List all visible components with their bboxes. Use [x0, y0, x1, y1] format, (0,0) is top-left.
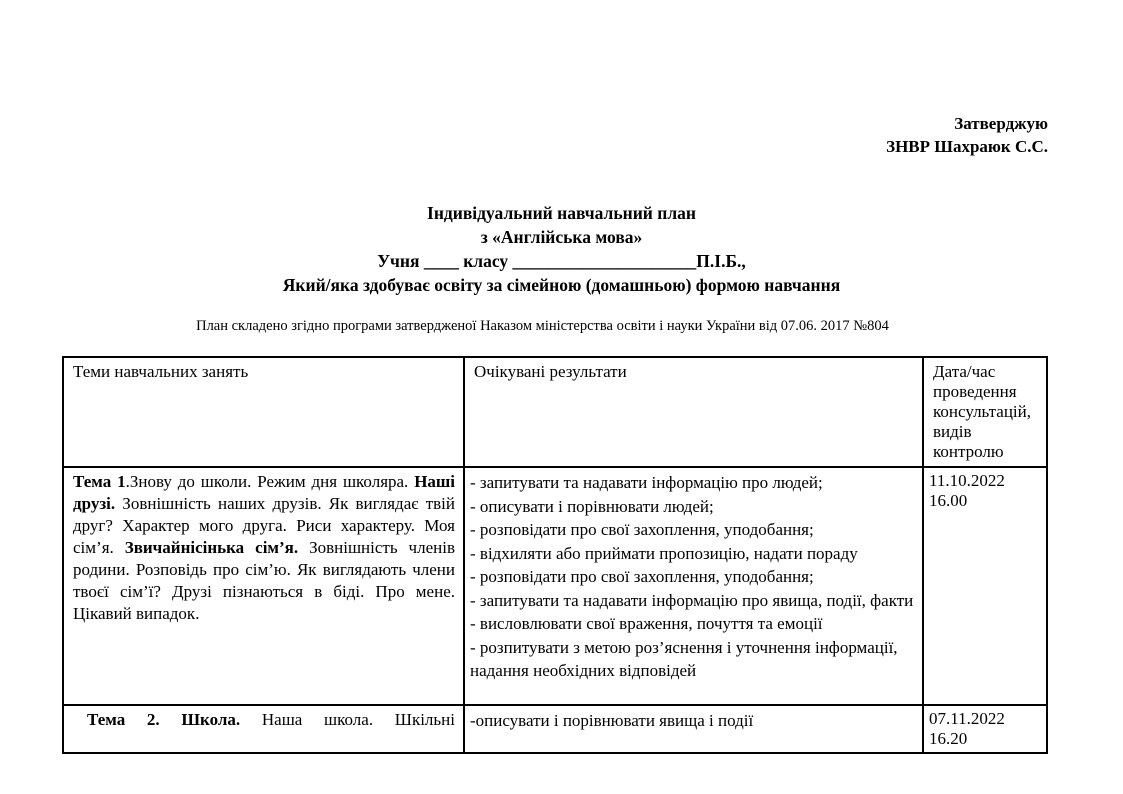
topic-1-cell: Тема 1.Знову до школи. Режим дня школяра… — [63, 467, 464, 705]
consultation-time: 16.00 — [929, 491, 1042, 511]
outcomes-1-cell: - запитувати та надавати інформацію про … — [464, 467, 923, 705]
document-title: Індивідуальний навчальний план з «Англій… — [0, 201, 1123, 297]
column-header-topics: Теми навчальних занять — [63, 357, 464, 467]
column-header-outcomes: Очікувані результати — [464, 357, 923, 467]
table-row-topic-1: Тема 1.Знову до школи. Режим дня школяра… — [63, 467, 1047, 705]
consultation-time: 16.20 — [929, 729, 1042, 749]
table-row-topic-2: Тема 2. Школа. Наша школа. Шкільні -опис… — [63, 705, 1047, 753]
consultation-date: 11.10.2022 — [929, 471, 1042, 491]
approval-signatory: ЗНВР Шахраюк С.С. — [886, 135, 1048, 158]
title-line-plan: Індивідуальний навчальний план — [0, 201, 1123, 225]
title-line-subject: з «Англійська мова» — [0, 225, 1123, 249]
approval-block: Затверджую ЗНВР Шахраюк С.С. — [886, 112, 1048, 158]
plan-table: Теми навчальних занять Очікувані результ… — [62, 356, 1048, 754]
topic-2-cell: Тема 2. Школа. Наша школа. Шкільні — [63, 705, 464, 753]
outcomes-2-cell: -описувати і порівнювати явища і події — [464, 705, 923, 753]
datetime-1-cell: 11.10.2022 16.00 — [923, 467, 1047, 705]
topic-2-text: Тема 2. Школа. Наша школа. Шкільні — [73, 709, 455, 731]
consultation-date: 07.11.2022 — [929, 709, 1042, 729]
table-header-row: Теми навчальних занять Очікувані результ… — [63, 357, 1047, 467]
document-page: Затверджую ЗНВР Шахраюк С.С. Індивідуаль… — [0, 0, 1123, 794]
title-line-student: Учня ____ класу _____________________П.І… — [0, 249, 1123, 273]
column-header-datetime: Дата/час проведення консультацій, видів … — [923, 357, 1047, 467]
document-subtitle: План складено згідно програми затверджен… — [0, 317, 1085, 335]
datetime-2-cell: 07.11.2022 16.20 — [923, 705, 1047, 753]
topic-1-text: Тема 1.Знову до школи. Режим дня школяра… — [73, 471, 455, 625]
title-line-form: Який/яка здобуває освіту за сімейною (до… — [0, 273, 1123, 297]
approval-label: Затверджую — [886, 112, 1048, 135]
